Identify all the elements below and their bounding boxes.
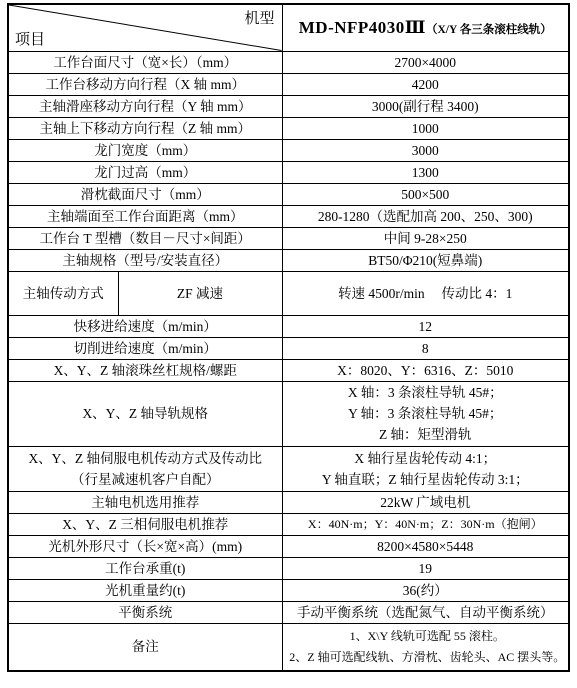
spec-value-cell-text: 22kW 广域电机: [285, 492, 567, 513]
table-row: 龙门过高（mm）1300: [8, 161, 569, 183]
spec-value-cell: X：40N·m；Y：40N·m；Z：30N·m（抱闸）: [282, 513, 569, 535]
spec-sublabel-cell-text: ZF 减速: [121, 283, 280, 304]
spec-value-cell-text: 12: [285, 316, 567, 337]
spec-value-cell: 500×500: [282, 183, 569, 205]
spec-label-cell: 主轴规格（型号/安装直径）: [8, 249, 282, 271]
spec-label-cell: X、Y、Z 轴滚珠丝杠规格/螺距: [8, 359, 282, 381]
spec-label-cell: 主轴传动方式: [8, 271, 118, 315]
header-corner-cell: 机型 项目: [8, 4, 282, 51]
spec-value-cell-text: 280-1280（选配加高 200、250、300): [285, 206, 567, 227]
spec-label-cell: 主轴上下移动方向行程（Z 轴 mm）: [8, 117, 282, 139]
spec-value-cell-text: 2700×4000: [285, 52, 567, 73]
spec-value-cell-text: Y 轴：3 条滚柱导轨 45#；: [285, 403, 567, 424]
spec-label-cell-text: 主轴滑座移动方向行程（Y 轴 mm）: [11, 96, 280, 117]
machine-model-note: （X/Y 各三条滚柱线轨）: [426, 24, 552, 36]
spec-value-cell: 12: [282, 315, 569, 337]
spec-value-cell: 4200: [282, 73, 569, 95]
spec-label-cell-text: 切削进给速度（m/min）: [11, 338, 280, 359]
spec-value-cell: 22kW 广域电机: [282, 491, 569, 513]
spec-label-cell: X、Y、Z 轴伺服电机传动方式及传动比（行星减速机客户自配）: [8, 446, 282, 491]
spec-value-cell-text: 19: [285, 558, 567, 579]
spec-label-cell-text: X、Y、Z 轴滚珠丝杠规格/螺距: [11, 360, 280, 381]
header-corner-model-label: 机型: [244, 7, 274, 28]
table-row: X、Y、Z 轴滚珠丝杠规格/螺距X：8020、Y：6316、Z：5010: [8, 359, 569, 381]
table-row: 主轴规格（型号/安装直径）BT50/Φ210(短鼻端): [8, 249, 569, 271]
spec-label-cell: 快移进给速度（m/min）: [8, 315, 282, 337]
spec-value-cell: X 轴：3 条滚柱导轨 45#；Y 轴：3 条滚柱导轨 45#；Z 轴：矩型滑轨: [282, 381, 569, 446]
spec-value-cell: 中间 9-28×250: [282, 227, 569, 249]
spec-label-cell: 滑枕截面尺寸（mm）: [8, 183, 282, 205]
spec-label-cell-text: 龙门宽度（mm）: [11, 140, 280, 161]
table-row: 备注1、X\Y 线轨可选配 55 滚柱。2、Z 轴可选配线轨、方滑枕、齿轮头、A…: [8, 623, 569, 671]
spec-value-cell-text: X：8020、Y：6316、Z：5010: [285, 360, 567, 381]
table-row: 主轴传动方式ZF 减速转速 4500r/min 传动比 4：1: [8, 271, 569, 315]
spec-label-cell-text: 工作台移动方向行程（X 轴 mm）: [11, 74, 280, 95]
spec-label-cell: 切削进给速度（m/min）: [8, 337, 282, 359]
spec-value-cell-text: Y 轴直联；Z 轴行星齿轮传动 3:1；: [285, 469, 567, 490]
table-row: 工作台承重(t)19: [8, 557, 569, 579]
spec-value-cell-text: 36(约）: [285, 580, 567, 601]
table-row: 快移进给速度（m/min）12: [8, 315, 569, 337]
spec-value-cell-text: 8200×4580×5448: [285, 536, 567, 557]
table-row: 光机重量约(t)36(约）: [8, 579, 569, 601]
spec-sublabel-cell: ZF 减速: [118, 271, 282, 315]
machine-spec-table: 机型 项目 MD-NFP4030Ⅲ（X/Y 各三条滚柱线轨） 工作台面尺寸（宽×…: [7, 3, 570, 672]
spec-label-cell-text: X、Y、Z 轴伺服电机传动方式及传动比: [11, 448, 280, 469]
spec-label-cell-text: 光机外形尺寸（长×宽×高）(mm): [11, 536, 280, 557]
spec-value-cell-text: 1000: [285, 118, 567, 139]
spec-value-cell: 3000(副行程 3400): [282, 95, 569, 117]
spec-label-cell: 光机重量约(t): [8, 579, 282, 601]
spec-label-cell: X、Y、Z 轴导轨规格: [8, 381, 282, 446]
spec-value-cell-text: 1300: [285, 162, 567, 183]
spec-value-cell: X：8020、Y：6316、Z：5010: [282, 359, 569, 381]
spec-label-cell-text: （行星减速机客户自配）: [11, 469, 280, 490]
spec-value-cell-text: 8: [285, 338, 567, 359]
spec-value-cell-text: 3000: [285, 140, 567, 161]
spec-value-cell: BT50/Φ210(短鼻端): [282, 249, 569, 271]
spec-label-cell-text: 光机重量约(t): [11, 580, 280, 601]
spec-label-cell-text: 平衡系统: [11, 602, 280, 623]
spec-label-cell-text: X、Y、Z 轴导轨规格: [11, 403, 280, 424]
spec-value-cell: 8200×4580×5448: [282, 535, 569, 557]
spec-value-cell-text: 2、Z 轴可选配线轨、方滑枕、齿轮头、AC 摆头等。: [285, 647, 567, 668]
spec-label-cell-text: X、Y、Z 三相伺服电机推荐: [11, 514, 280, 535]
spec-value-cell: 1000: [282, 117, 569, 139]
spec-value-cell-text: X 轴行星齿轮传动 4:1；: [285, 448, 567, 469]
spec-label-cell-text: 工作台 T 型槽（数目－尺寸×间距）: [11, 228, 280, 249]
spec-value-cell-text: 手动平衡系统（选配氮气、自动平衡系统）: [285, 602, 567, 623]
spec-label-cell: 主轴滑座移动方向行程（Y 轴 mm）: [8, 95, 282, 117]
table-row: 光机外形尺寸（长×宽×高）(mm)8200×4580×5448: [8, 535, 569, 557]
spec-value-cell: 3000: [282, 139, 569, 161]
spec-value-cell-text: Z 轴：矩型滑轨: [285, 424, 567, 445]
table-row: 主轴电机选用推荐22kW 广域电机: [8, 491, 569, 513]
spec-value-cell-text: 中间 9-28×250: [285, 228, 567, 249]
spec-value-cell: 2700×4000: [282, 51, 569, 73]
table-row: 工作台面尺寸（宽×长）（mm）2700×4000: [8, 51, 569, 73]
spec-label-cell-text: 主轴端面至工作台面距离（mm）: [11, 206, 280, 227]
spec-label-cell-text: 主轴传动方式: [11, 283, 116, 304]
spec-label-cell-text: 主轴规格（型号/安装直径）: [11, 250, 280, 271]
machine-model-name: MD-NFP4030Ⅲ: [299, 18, 426, 37]
spec-value-cell-text: X 轴：3 条滚柱导轨 45#；: [285, 382, 567, 403]
table-row: X、Y、Z 三相伺服电机推荐X：40N·m；Y：40N·m；Z：30N·m（抱闸…: [8, 513, 569, 535]
spec-value-cell-text: 500×500: [285, 184, 567, 205]
spec-table-body: 工作台面尺寸（宽×长）（mm）2700×4000工作台移动方向行程（X 轴 mm…: [8, 51, 569, 671]
spec-value-cell: 19: [282, 557, 569, 579]
spec-label-cell: 平衡系统: [8, 601, 282, 623]
spec-label-cell-text: 龙门过高（mm）: [11, 162, 280, 183]
spec-label-cell-text: 主轴电机选用推荐: [11, 492, 280, 513]
table-row: 主轴上下移动方向行程（Z 轴 mm）1000: [8, 117, 569, 139]
table-row: 主轴端面至工作台面距离（mm）280-1280（选配加高 200、250、300…: [8, 205, 569, 227]
table-row: 主轴滑座移动方向行程（Y 轴 mm）3000(副行程 3400): [8, 95, 569, 117]
spec-label-cell-text: 备注: [11, 636, 280, 657]
spec-value-cell-text: X：40N·m；Y：40N·m；Z：30N·m（抱闸）: [285, 514, 567, 535]
spec-value-cell: 1300: [282, 161, 569, 183]
spec-value-cell: X 轴行星齿轮传动 4:1；Y 轴直联；Z 轴行星齿轮传动 3:1；: [282, 446, 569, 491]
spec-value-cell: 手动平衡系统（选配氮气、自动平衡系统）: [282, 601, 569, 623]
spec-label-cell: 光机外形尺寸（长×宽×高）(mm): [8, 535, 282, 557]
spec-label-cell: 主轴电机选用推荐: [8, 491, 282, 513]
table-header-row: 机型 项目 MD-NFP4030Ⅲ（X/Y 各三条滚柱线轨）: [8, 4, 569, 51]
diagonal-divider-line: [9, 5, 282, 51]
spec-label-cell: 主轴端面至工作台面距离（mm）: [8, 205, 282, 227]
spec-value-cell: 1、X\Y 线轨可选配 55 滚柱。2、Z 轴可选配线轨、方滑枕、齿轮头、AC …: [282, 623, 569, 671]
spec-value-cell: 36(约）: [282, 579, 569, 601]
spec-label-cell-text: 滑枕截面尺寸（mm）: [11, 184, 280, 205]
spec-label-cell-text: 主轴上下移动方向行程（Z 轴 mm）: [11, 118, 280, 139]
spec-label-cell: 备注: [8, 623, 282, 671]
spec-value-cell-text: 3000(副行程 3400): [285, 96, 567, 117]
table-row: 龙门宽度（mm）3000: [8, 139, 569, 161]
table-row: 滑枕截面尺寸（mm）500×500: [8, 183, 569, 205]
spec-label-cell: 龙门过高（mm）: [8, 161, 282, 183]
spec-label-cell-text: 工作台承重(t): [11, 558, 280, 579]
spec-value-cell-text: 4200: [285, 74, 567, 95]
spec-value-cell: 8: [282, 337, 569, 359]
header-corner-item-label: 项目: [15, 28, 45, 49]
spec-label-cell: 工作台承重(t): [8, 557, 282, 579]
table-row: 平衡系统手动平衡系统（选配氮气、自动平衡系统）: [8, 601, 569, 623]
spec-label-cell: X、Y、Z 三相伺服电机推荐: [8, 513, 282, 535]
spec-value-cell-text: 1、X\Y 线轨可选配 55 滚柱。: [285, 626, 567, 647]
table-row: X、Y、Z 轴伺服电机传动方式及传动比（行星减速机客户自配）X 轴行星齿轮传动 …: [8, 446, 569, 491]
spec-label-cell: 工作台面尺寸（宽×长）（mm）: [8, 51, 282, 73]
spec-value-cell: 280-1280（选配加高 200、250、300): [282, 205, 569, 227]
table-row: 工作台 T 型槽（数目－尺寸×间距）中间 9-28×250: [8, 227, 569, 249]
table-row: X、Y、Z 轴导轨规格X 轴：3 条滚柱导轨 45#；Y 轴：3 条滚柱导轨 4…: [8, 381, 569, 446]
spec-value-cell-text: BT50/Φ210(短鼻端): [285, 250, 567, 271]
table-row: 工作台移动方向行程（X 轴 mm）4200: [8, 73, 569, 95]
spec-label-cell-text: 工作台面尺寸（宽×长）（mm）: [11, 52, 280, 73]
header-model-cell: MD-NFP4030Ⅲ（X/Y 各三条滚柱线轨）: [282, 4, 569, 51]
spec-sheet-page: 机型 项目 MD-NFP4030Ⅲ（X/Y 各三条滚柱线轨） 工作台面尺寸（宽×…: [0, 0, 577, 688]
table-row: 切削进给速度（m/min）8: [8, 337, 569, 359]
spec-label-cell: 工作台移动方向行程（X 轴 mm）: [8, 73, 282, 95]
spec-label-cell: 龙门宽度（mm）: [8, 139, 282, 161]
spec-label-cell: 工作台 T 型槽（数目－尺寸×间距）: [8, 227, 282, 249]
spec-label-cell-text: 快移进给速度（m/min）: [11, 316, 280, 337]
spec-value-cell-text: 转速 4500r/min 传动比 4：1: [285, 283, 567, 304]
spec-value-cell: 转速 4500r/min 传动比 4：1: [282, 271, 569, 315]
